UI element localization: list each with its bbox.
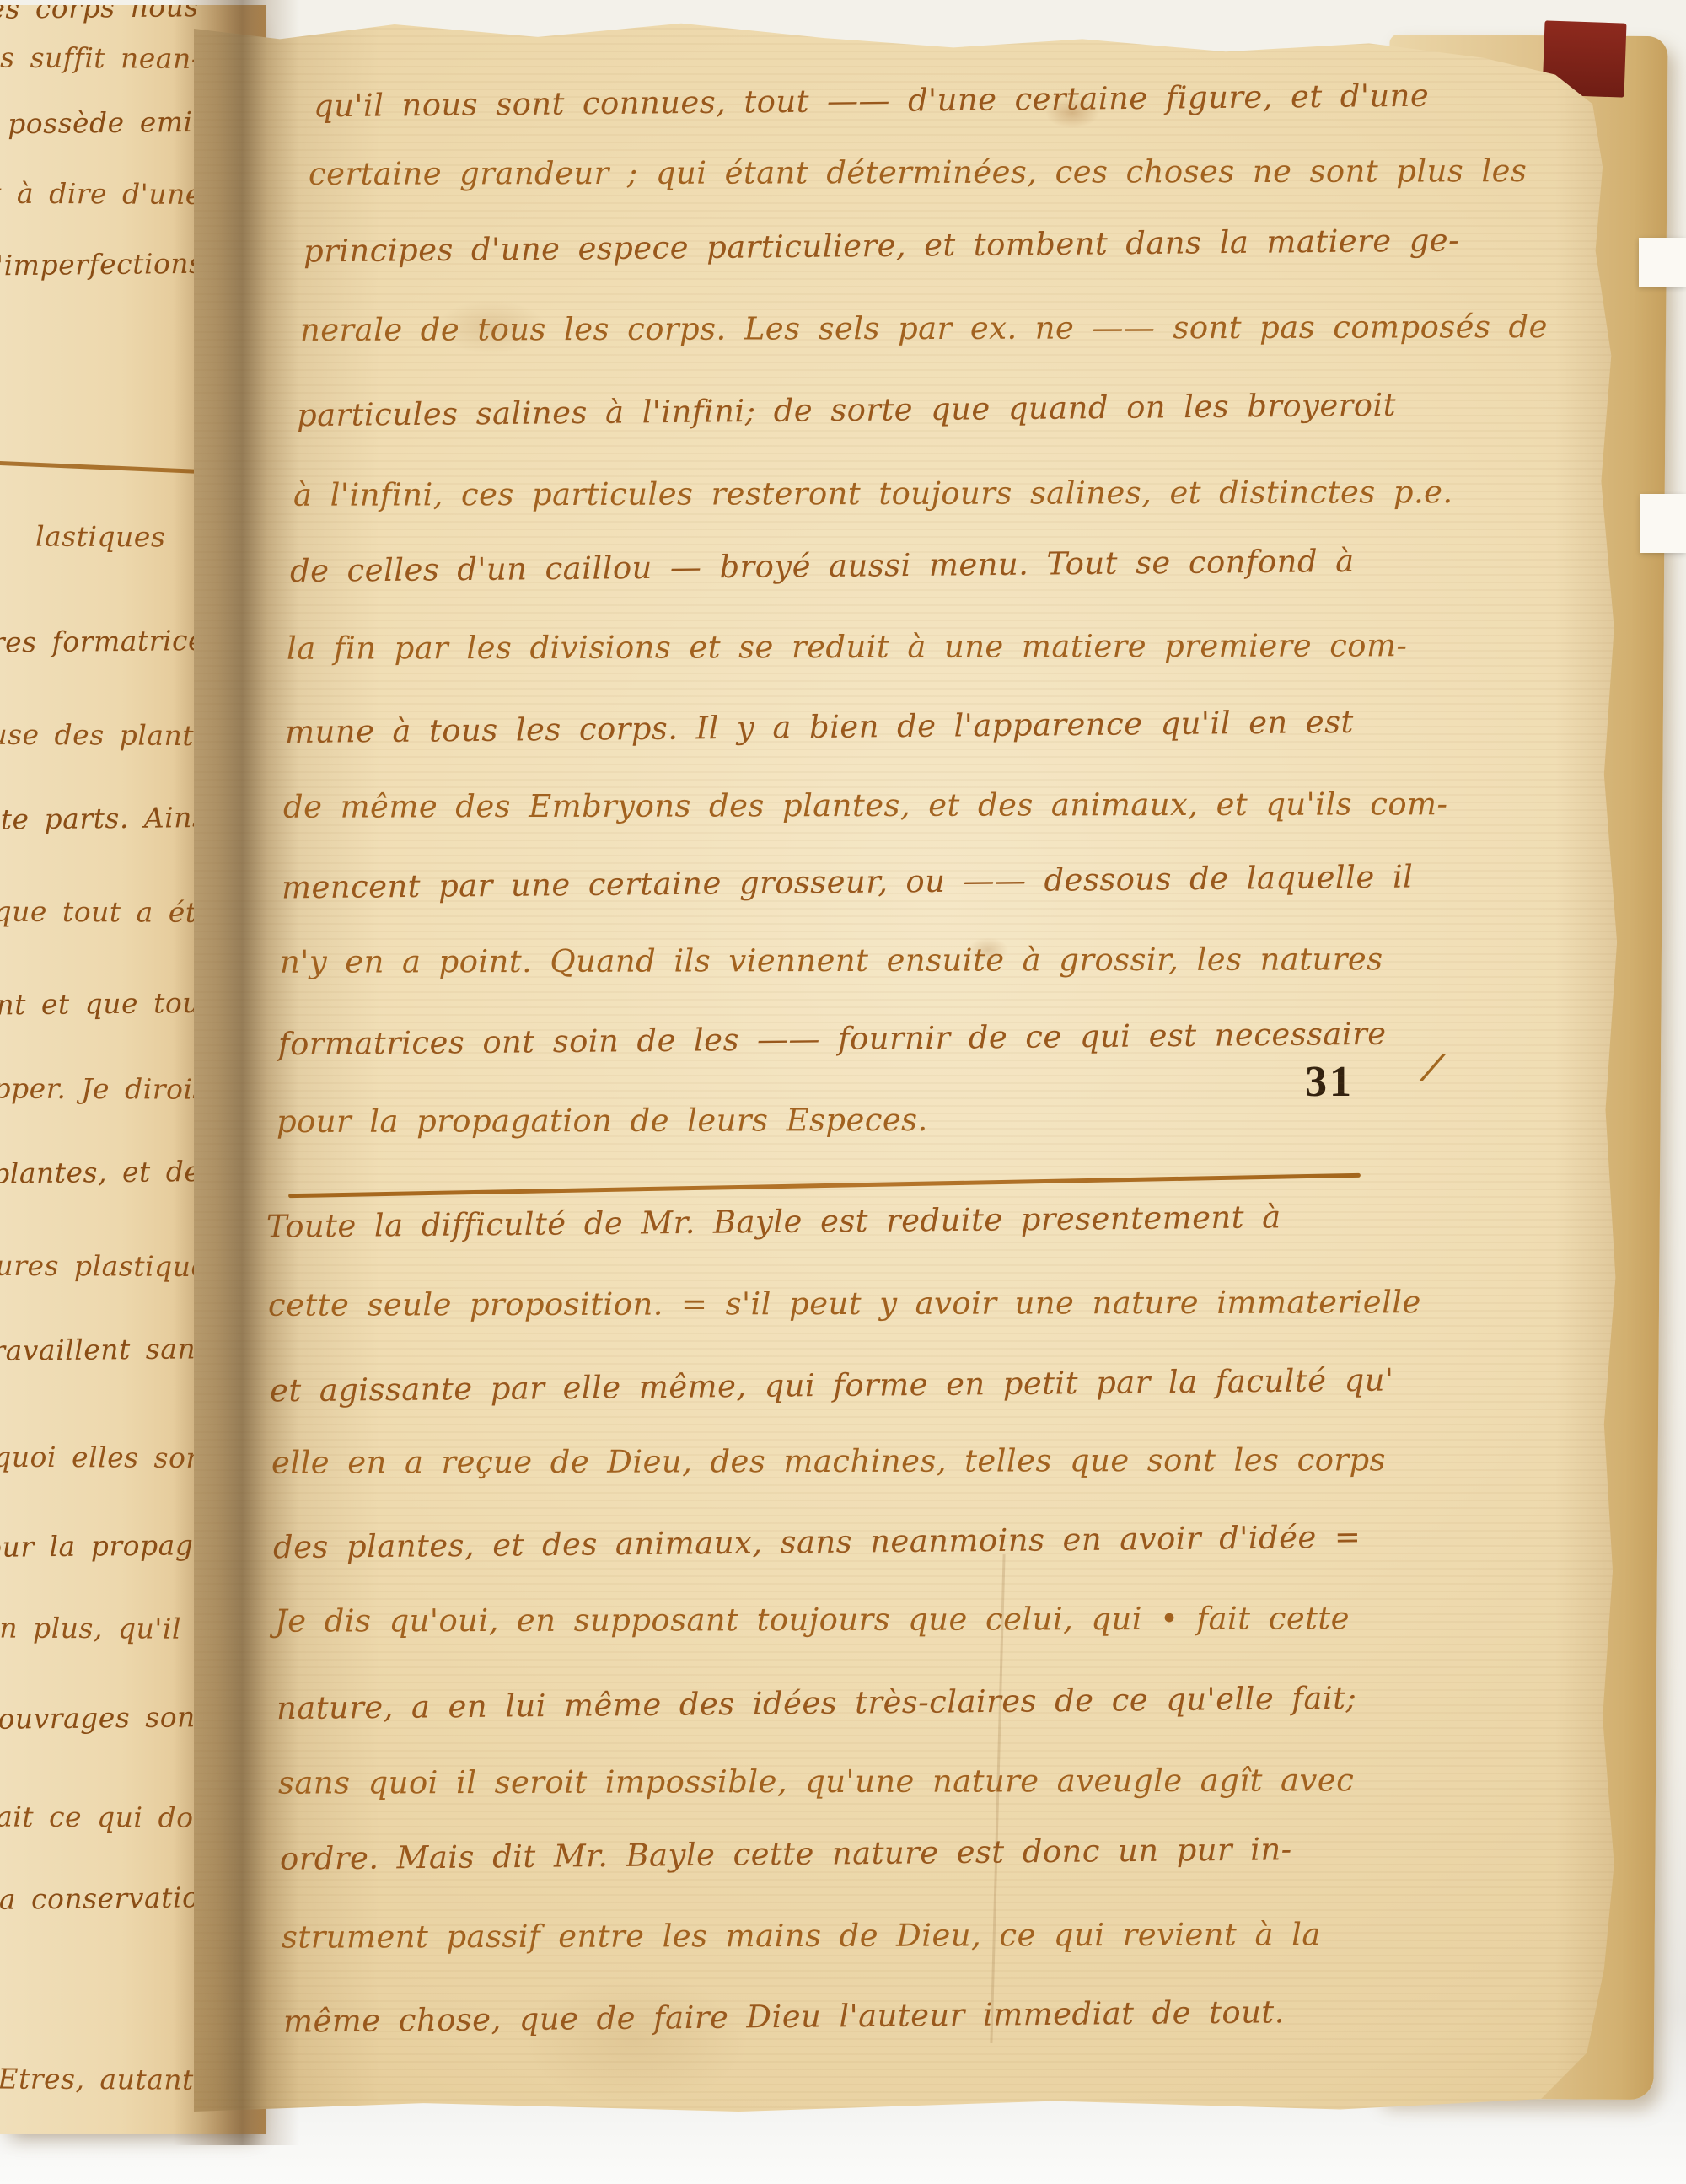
white-tab: [1639, 238, 1686, 287]
manuscript-line: même chose, que de faire Dieu l'auteur i…: [283, 1995, 1285, 2039]
manuscript-line: des plantes, et des animaux, sans neanmo…: [273, 1521, 1361, 1565]
manuscript-line: à l'infini, ces particules resteront tou…: [293, 475, 1453, 512]
left-page-line-fragment: n prodigieuse des plantes: [0, 719, 226, 752]
manuscript-line: et agissante par elle même, qui forme en…: [270, 1364, 1394, 1409]
manuscript-line: ordre. Mais dit Mr. Bayle cette nature e…: [280, 1833, 1292, 1876]
manuscript-line: particules salines à l'infini; de sorte …: [297, 389, 1396, 433]
manuscript-line: Toute la difficulté de Mr. Bayle est red…: [266, 1200, 1281, 1244]
manuscript-line: pour la propagation de leurs Especes.: [277, 1103, 928, 1140]
manuscript-line: nerale de tous les corps. Les sels par e…: [300, 310, 1548, 348]
manuscript-line: principes d'une espece particuliere, et …: [303, 223, 1459, 269]
left-page-line-fragment: er les natures plastiques: [0, 1250, 223, 1283]
manuscript-line: strument passif entre les mains de Dieu,…: [282, 1918, 1321, 1955]
manuscript-line: formatrices ont soin de les —— fournir d…: [278, 1017, 1387, 1062]
manuscript-line: Je dis qu'oui, en supposant toujours que…: [275, 1602, 1350, 1639]
left-page-line-fragment: raison plus, qu'il y: [0, 1613, 212, 1645]
manuscript-line: mencent par une certaine grosseur, ou ——…: [282, 861, 1414, 906]
manuscript-line: de même des Embryons des plantes, et des…: [283, 787, 1447, 824]
left-page-line-fragment: oissans suffit nean-: [0, 42, 201, 74]
left-page-line-fragment: la, c'est à dire d'une: [0, 178, 202, 210]
left-page-line-fragment: é, et la conservation: [0, 1882, 217, 1916]
left-page-line-fragment: est pourquoi elles sont: [0, 1441, 216, 1473]
left-page-line-fragment: elopper. Je dirois: [0, 1073, 207, 1105]
left-page-line-fragment: s Etres, autant: [0, 2063, 194, 2095]
manuscript-line: qu'il nous sont connues, tout —— d'une c…: [314, 79, 1430, 124]
manuscript-line: certaine grandeur ; qui étant déterminée…: [309, 154, 1527, 191]
left-page-line-fragment: mencement et que tout: [0, 988, 212, 1022]
page-number: 31: [1305, 1060, 1354, 1104]
left-page-line-fragment: ces natures formatrices: [0, 625, 219, 660]
manuscript-line: sans quoi il seroit impossible, qu'une n…: [278, 1763, 1354, 1800]
manuscript-line: n'y en a point. Quand ils viennent ensui…: [280, 942, 1383, 979]
manuscript-line: de celles d'un caillou — broyé aussi men…: [290, 545, 1355, 589]
manuscript-line: nature, a en lui même des idées très-cla…: [277, 1682, 1357, 1726]
right-page-text: qu'il nous sont connues, tout —— d'une c…: [194, 20, 1627, 2116]
left-page-line-fragment: nce des corps nous: [0, 5, 199, 25]
manuscript-line: mune à tous les corps. Il y a bien de l'…: [285, 706, 1354, 750]
left-page-line-fragment: i ces ouvrages sont: [0, 1702, 207, 1736]
left-page-line-fragment: des des plantes, et des: [0, 1156, 216, 1191]
left-page-line-fragment: ut, pour la propaga: [0, 1530, 211, 1564]
left-page-line-fragment: que Dieu possède emi-: [0, 107, 202, 142]
manuscript-line: cette seule proposition. = s'il peut y a…: [268, 1285, 1421, 1323]
left-page-line-fragment: qui fait ce qui doit: [0, 1801, 214, 1833]
left-page-line-fragment: melange d'imperfections: [0, 249, 204, 283]
left-page-line-fragment: lles travaillent sans: [0, 1333, 211, 1367]
right-page: qu'il nous sont connues, tout —— d'une c…: [194, 20, 1627, 2116]
left-page-section-fragment: lastiques: [35, 522, 166, 553]
white-tab: [1640, 494, 1686, 553]
left-page-line-fragment: r de toute parts. Ainsi: [0, 802, 216, 837]
left-page-line-fragment: ions, que tout a été: [0, 896, 214, 928]
manuscript-line: elle en a reçue de Dieu, des machines, t…: [271, 1443, 1386, 1480]
photo-backdrop: nce des corps nous oissans suffit nean- …: [0, 0, 1686, 2184]
manuscript-line: la fin par les divisions et se reduit à …: [287, 629, 1407, 666]
